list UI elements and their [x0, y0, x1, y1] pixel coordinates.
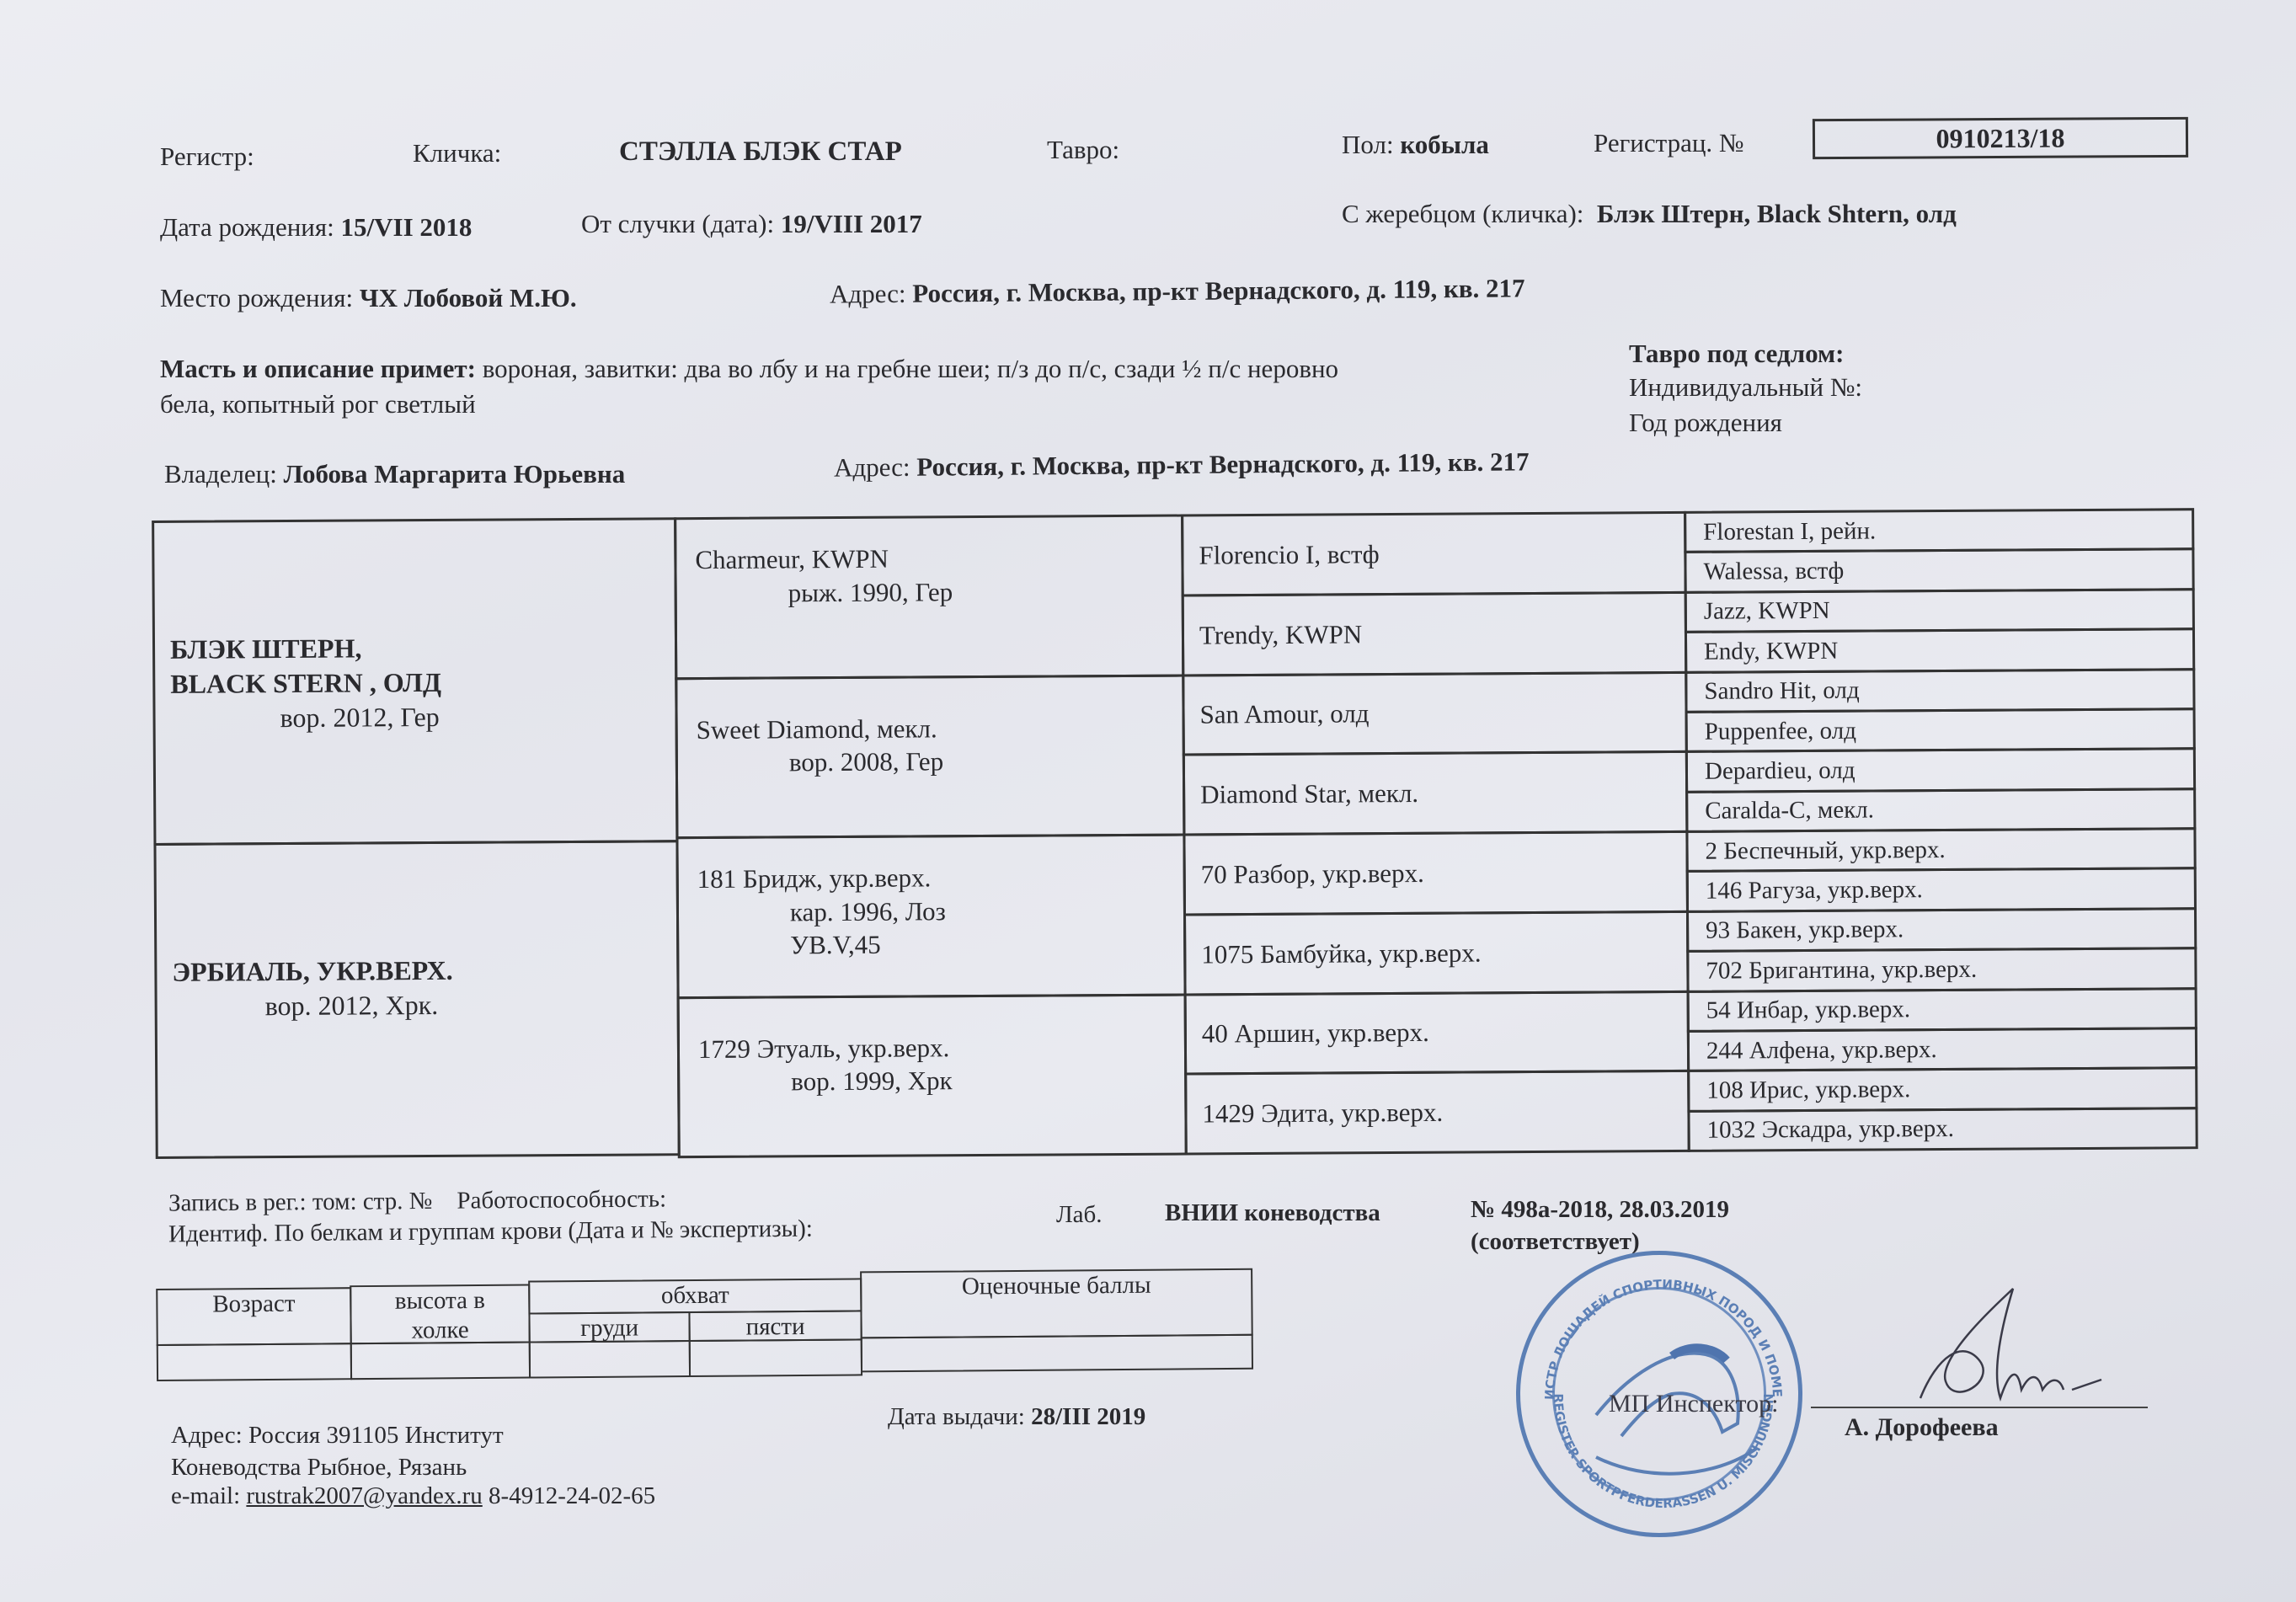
owner-value: Лобова Маргарита Юрьевна — [284, 459, 626, 489]
name-label: Кличка: — [413, 138, 501, 168]
pedigree-gen4-cell: Depardieu, олд — [1685, 747, 2196, 793]
expertise-no: № 498а-2018, 28.03.2019 — [1471, 1196, 1729, 1224]
pedigree-table: БЛЭК ШТЕРН, BLACK STERN , ОЛД вор. 2012,… — [152, 491, 2198, 1159]
footer-address-1: Адрес: Россия 391105 Институт — [171, 1422, 504, 1450]
pedigree-gen4-cell: 146 Рагуза, укр.верх. — [1686, 868, 2197, 913]
birth-year-label: Год рождения — [1629, 408, 1782, 438]
pedigree-gen3-cell: 40 Аршин, укр.верх. — [1184, 990, 1690, 1075]
scores-header: Оценочные баллы — [860, 1268, 1253, 1339]
pedigree-gen4-cell: Puppenfee, олд — [1685, 708, 2196, 753]
register-label: Регистр: — [160, 142, 254, 172]
email-link[interactable]: rustrak2007@yandex.ru — [246, 1482, 482, 1509]
horse-name: СТЭЛЛА БЛЭК СТАР — [619, 136, 902, 168]
scores-cell — [861, 1334, 1253, 1373]
pedigree-gen4-cell: 702 Бригантина, укр.верх. — [1686, 947, 2197, 992]
footer-address-2: Коневодства Рыбное, Рязань — [171, 1454, 467, 1482]
footer-contact: e-mail: rustrak2007@yandex.ru 8-4912-24-… — [171, 1482, 655, 1510]
pedigree-gen4-cell: 2 Беспечный, укр.верх. — [1685, 827, 2196, 873]
pedigree-gen3-cell: San Amour, олд — [1182, 670, 1688, 756]
issue-date-field: Дата выдачи: 28/III 2019 — [888, 1403, 1145, 1431]
reg-no-box: 0910213/18 — [1813, 117, 2188, 159]
height-header: высота в холке — [350, 1284, 531, 1345]
performance-label: Работоспособность: — [457, 1185, 666, 1214]
inspector-name: А. Дорофеева — [1845, 1413, 1999, 1443]
brand-label: Тавро: — [1047, 135, 1119, 165]
saddle-brand-label: Тавро под седлом: — [1629, 339, 1844, 369]
issue-date-value: 28/III 2019 — [1031, 1403, 1145, 1430]
lab-value: ВНИИ коневодства — [1165, 1199, 1380, 1227]
individual-no-label: Индивидуальный №: — [1629, 372, 1862, 403]
birth-date-field: Дата рождения: 15/VII 2018 — [160, 212, 472, 243]
registry-record: Запись в рег.: том: стр. № Работоспособн… — [168, 1185, 666, 1218]
sex-value: кобыла — [1400, 130, 1489, 159]
pedigree-gen4-cell: Walessa, встф — [1684, 548, 2194, 594]
chest-cell — [529, 1340, 691, 1379]
birthplace-field: Место рождения: ЧХ Лобовой М.Ю. — [160, 283, 577, 313]
signature-icon — [1904, 1280, 2106, 1415]
owner-address-field: Адрес: Россия, г. Москва, пр-кт Вернадск… — [834, 446, 1530, 483]
reg-no-value: 0910213/18 — [1936, 122, 2064, 154]
pedigree-gen4-cell: Jazz, KWPN — [1685, 588, 2195, 633]
sire-value: Блэк Штерн, Black Shtern, олд — [1597, 199, 1957, 228]
svg-text:РЕГИСТР ЛОШАДЕЙ СПОРТИВНЫХ ПОР: РЕГИСТР ЛОШАДЕЙ СПОРТИВНЫХ ПОРОД И ПОМЕС… — [1520, 1255, 1785, 1400]
color-value: вороная, завитки: два во лбу и на гребне… — [483, 354, 1338, 383]
pedigree-gen3-cell: 1075 Бамбуйка, укр.верх. — [1183, 910, 1690, 996]
expertise-result: (соответствует) — [1471, 1228, 1640, 1256]
pedigree-gen3-cell: Florencio I, встф — [1181, 511, 1687, 596]
ident-label: Идентиф. По белкам и группам крови (Дата… — [168, 1215, 813, 1249]
mating-field: От случки (дата): 19/VIII 2017 — [581, 209, 922, 239]
pedigree-dam: ЭРБИАЛЬ, УКР.ВЕРХ. вор. 2012, Хрк. — [153, 840, 680, 1159]
chest-header: груди — [528, 1311, 690, 1343]
birthplace-value: ЧХ Лобовой М.Ю. — [360, 283, 577, 312]
pedigree-gen3-cell: Diamond Star, мекл. — [1183, 750, 1689, 836]
lab-label: Лаб. — [1056, 1201, 1103, 1229]
stamp-label: МП Инспектор: — [1609, 1390, 1778, 1419]
pedigree-gen4-cell: 54 Инбар, укр.верх. — [1687, 987, 2197, 1033]
owner-field: Владелец: Лобова Маргарита Юрьевна — [164, 459, 625, 489]
pedigree-gen2-cell: Charmeur, KWPNрыж. 1990, Гер — [674, 515, 1184, 680]
pedigree-gen2-cell: 1729 Этуаль, укр.верх.вор. 1999, Хрк — [677, 993, 1188, 1158]
pedigree-gen4-cell: Sandro Hit, олд — [1685, 668, 2195, 713]
sex-field: Пол: кобыла — [1342, 130, 1489, 160]
owner-address: Россия, г. Москва, пр-кт Вернадского, д.… — [916, 446, 1529, 481]
pedigree-gen2-cell: Sweet Diamond, мекл.вор. 2008, Гер — [675, 674, 1185, 839]
pedigree-gen4-cell: Florestan I, рейн. — [1684, 508, 2194, 553]
pedigree-gen4-cell: 93 Бакен, укр.верх. — [1686, 907, 2197, 953]
age-header: Возраст — [156, 1287, 352, 1346]
sire-field: С жеребцом (кличка): Блэк Штерн, Black S… — [1342, 199, 1957, 229]
color-value-cont: бела, копытный рог светлый — [160, 389, 476, 419]
pedigree-gen4-cell: 108 Ирис, укр.верх. — [1687, 1066, 2197, 1112]
height-cell — [350, 1342, 531, 1380]
birthplace-address-field: Адрес: Россия, г. Москва, пр-кт Вернадск… — [830, 273, 1525, 309]
pedigree-gen3-cell: Trendy, KWPN — [1182, 591, 1688, 676]
pedigree-gen3-cell: 1429 Эдита, укр.верх. — [1184, 1070, 1690, 1155]
horse-certificate: Регистр: Кличка: СТЭЛЛА БЛЭК СТАР Тавро:… — [0, 0, 2296, 1602]
age-cell — [157, 1343, 352, 1381]
pedigree-gen4-cell: Endy, KWPN — [1685, 627, 2195, 673]
pedigree-gen2-cell: 181 Бридж, укр.верх.кар. 1996, ЛозУВ.V,4… — [675, 834, 1186, 999]
pedigree-gen4-cell: Caralda-C, мекл. — [1685, 788, 2196, 833]
pedigree-gen3-cell: 70 Разбор, укр.верх. — [1183, 830, 1689, 916]
reg-no-label: Регистрац. № — [1594, 128, 1744, 158]
pedigree-sire: БЛЭК ШТЕРН, BLACK STERN , ОЛД вор. 2012,… — [152, 517, 678, 846]
mating-value: 19/VIII 2017 — [781, 209, 922, 238]
birth-date-value: 15/VII 2018 — [341, 212, 473, 242]
color-field: Масть и описание примет: вороная, завитк… — [160, 354, 1338, 384]
pedigree-gen4-cell: 244 Алфена, укр.верх. — [1687, 1027, 2197, 1072]
pedigree-gen4-cell: 1032 Эскадра, укр.верх. — [1687, 1107, 2197, 1152]
cannon-cell — [689, 1338, 862, 1377]
measurements-table: Возраст высота в холке обхват груди пяст… — [156, 1257, 1260, 1391]
birthplace-address: Россия, г. Москва, пр-кт Вернадского, д.… — [912, 273, 1524, 307]
girth-header: обхват — [528, 1278, 862, 1314]
cannon-header: пясти — [688, 1310, 862, 1342]
phone: 8-4912-24-02-65 — [489, 1482, 655, 1509]
